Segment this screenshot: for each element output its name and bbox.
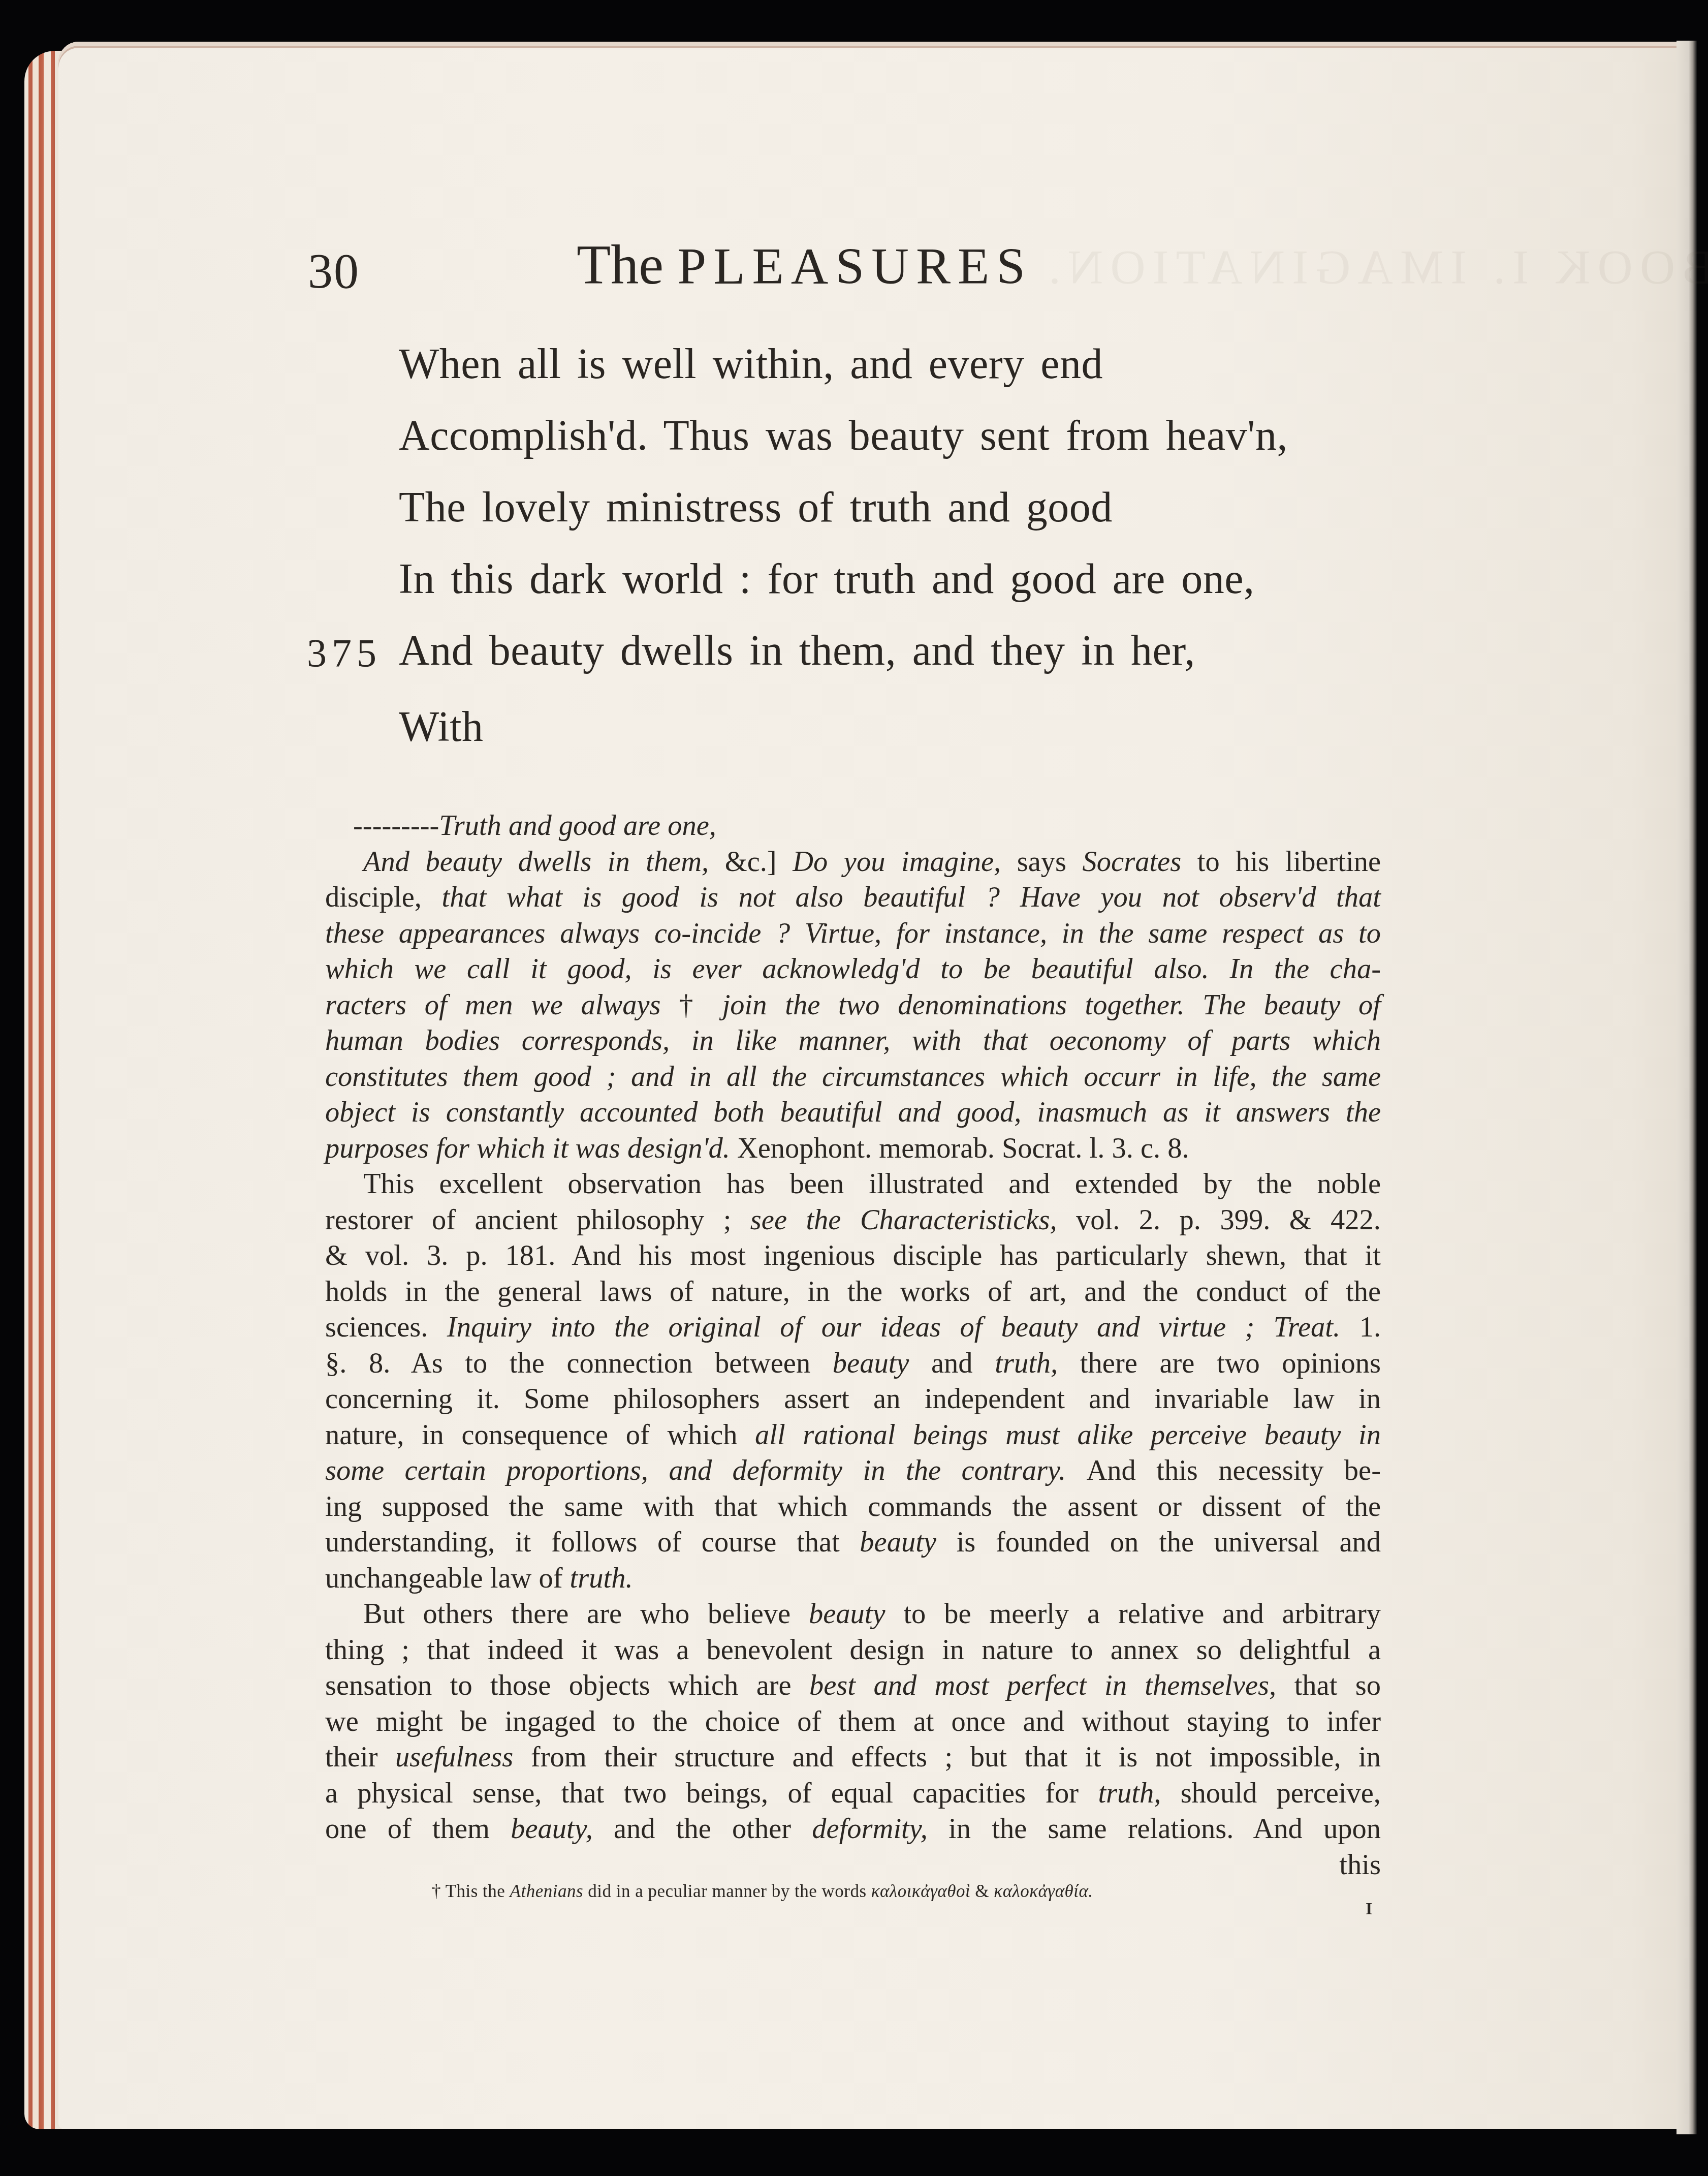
footnote-greek-1: καλοικἀγαθοὶ [871,1881,970,1901]
note-roman-text: should perceive, [1181,1778,1381,1809]
book-gutter [1677,41,1697,2134]
note-italic-text: purposes for which it was design'd. [325,1133,737,1164]
note-roman-text: in the same relations. And upon [948,1813,1381,1845]
note-roman-text: there are two opinions [1080,1348,1381,1379]
note-italic-text: some certain proportions, and deformity … [325,1455,1086,1486]
note-italic-text: object is constantly accounted both beau… [325,1097,1381,1128]
note-line: purposes for which it was design'd. Xeno… [325,1131,1381,1167]
note-line: racters of men we always † join the two … [325,987,1381,1023]
note-italic-text: constitutes them good ; and in all the c… [325,1061,1381,1093]
note-roman-text: and the other [614,1813,812,1845]
note-roman-text: This excellent observation has been illu… [363,1168,1381,1200]
note-line: thing ; that indeed it was a benevolent … [325,1632,1381,1668]
note-italic-text: And beauty dwells in them, [363,846,725,878]
note-roman-text: & vol. 3. p. 181. And his most ingenious… [325,1240,1381,1271]
note-italic-text: deformity, [812,1813,948,1845]
note-line: But others there are who believe beauty … [325,1596,1381,1632]
note-roman-text: from their structure and effects ; but t… [531,1742,1381,1773]
show-through-ghost-text: BOOK I. IMAGINATION. [1041,239,1708,295]
note-roman-text: sensation to those objects which are [325,1670,809,1701]
note-roman-text: and [931,1348,995,1379]
note-roman-text: to be meerly a relative and arbitrary [903,1598,1381,1630]
note-line: these appearances always co-incide ? Vir… [325,916,1381,952]
running-head-title: PLEASURES [678,238,1032,295]
note-roman-text: §. 8. As to the connection between [325,1348,833,1379]
note-roman-text: disciple, [325,882,441,913]
note-line: which we call it good, is ever acknowled… [325,951,1381,987]
note-italic-text: beauty [809,1598,903,1630]
verse-line: When all is well within, and every end [399,339,1103,389]
note-line: ing supposed the same with that which co… [325,1489,1381,1525]
footnote: † This the Athenians did in a peculiar m… [432,1881,1093,1902]
note-italic-text: all rational beings must alike perceive … [755,1419,1381,1451]
note-italic-text: Do you imagine, [793,846,1017,878]
footnote-italic-athenians: Athenians [510,1881,583,1901]
note-line: a physical sense, that two beings, of eq… [325,1776,1381,1812]
note-line: restorer of ancient philosophy ; see the… [325,1202,1381,1238]
running-head-article: The [577,234,663,296]
note-roman-text: a physical sense, that two beings, of eq… [325,1778,1098,1809]
note-line: constitutes them good ; and in all the c… [325,1059,1381,1095]
note-italic-text: racters of men we always [325,989,679,1021]
note-roman-text: unchangeable law of [325,1563,570,1594]
note-italic-text: human bodies corresponds, in like manner… [325,1025,1381,1056]
note-italic-text: best and most perfect in themselves, [809,1670,1294,1701]
note-line: understanding, it follows of course that… [325,1525,1381,1561]
note-line: §. 8. As to the connection between beaut… [325,1346,1381,1382]
note-italic-text: join the two denominations together. The… [722,989,1381,1021]
note-line: object is constantly accounted both beau… [325,1095,1381,1131]
note-italic-text: beauty [860,1527,956,1558]
note-roman-text: Xenophont. memorab. Socrat. l. 3. c. 8. [737,1133,1189,1164]
note-lines: And beauty dwells in them, &c.] Do you i… [325,844,1381,1847]
note-roman-text: 1. [1359,1312,1381,1343]
note-italic-text: that what is good is not also beautiful … [441,882,1381,913]
footnote-text-2: did in a peculiar manner by the words [583,1881,871,1901]
footnote-greek-2: καλοκἀγαθία. [994,1881,1093,1901]
footnote-ampersand: & [970,1881,994,1901]
note-italic-text: which we call it good, is ever acknowled… [325,953,1381,985]
verse-line: Accomplish'd. Thus was beauty sent from … [399,411,1288,460]
note-roman-text: † [679,989,722,1021]
note-italic-text: beauty, [511,1813,614,1845]
note-line: concerning it. Some philosophers assert … [325,1381,1381,1417]
verse-line: In this dark world : for truth and good … [399,554,1255,604]
note-italic-text: Inquiry into the original of our ideas o… [447,1312,1359,1343]
note-italic-text: truth, [1098,1778,1180,1809]
note-line: This excellent observation has been illu… [325,1166,1381,1202]
note-italic-text: beauty [833,1348,931,1379]
note-roman-text: ing supposed the same with that which co… [325,1491,1381,1522]
page-number: 30 [308,243,360,300]
note-italic-text: usefulness [395,1742,531,1773]
note-roman-text: to his libertine [1197,846,1381,878]
note-italic-text: Socrates [1083,846,1197,878]
note-roman-text: But others there are who believe [363,1598,809,1630]
verse-line: The lovely ministress of truth and good [399,483,1113,532]
note-italic-text: these appearances always co-incide ? Vir… [325,918,1381,949]
verse-line: And beauty dwells in them, and they in h… [399,626,1195,675]
note-italic-text: truth. [570,1563,633,1594]
note-line: unchangeable law of truth. [325,1561,1381,1597]
note-roman-text: thing ; that indeed it was a benevolent … [325,1634,1381,1666]
note-line: sciences. Inquiry into the original of o… [325,1310,1381,1346]
verse-catchword: With [399,702,1379,752]
note-line: their usefulness from their structure an… [325,1739,1381,1776]
note-italic-text: truth, [995,1348,1080,1379]
note-line: one of them beauty, and the other deform… [325,1811,1381,1847]
note-roman-text: restorer of ancient philosophy ; [325,1204,750,1236]
note-roman-text: is founded on the universal and [957,1527,1381,1558]
note-roman-text: that so [1294,1670,1381,1701]
verse-line-number: 375 [307,630,382,676]
running-head: The PLEASURES [577,233,1032,297]
note-roman-text: we might be ingaged to the choice of the… [325,1706,1381,1737]
note-roman-text: one of them [325,1813,511,1845]
notes-catchword: this [325,1847,1381,1883]
note-italic-text: see the Characteristicks, [750,1204,1076,1236]
note-line: sensation to those objects which are bes… [325,1668,1381,1704]
note-roman-text: vol. 2. p. 399. & 422. [1076,1204,1381,1236]
note-roman-text: sciences. [325,1312,447,1343]
note-line: some certain proportions, and deformity … [325,1453,1381,1489]
note-roman-text: their [325,1742,395,1773]
note-line: & vol. 3. p. 181. And his most ingenious… [325,1238,1381,1274]
note-roman-text: nature, in consequence of which [325,1419,755,1451]
footnote-text: This the [446,1881,510,1901]
note-roman-text: And this necessity be- [1086,1455,1381,1486]
note-line: nature, in consequence of which all rati… [325,1417,1381,1453]
note-line: we might be ingaged to the choice of the… [325,1704,1381,1740]
footnote-dagger-mark: † [432,1881,441,1901]
note-line: disciple, that what is good is not also … [325,880,1381,916]
note-roman-text: holds in the general laws of nature, in … [325,1276,1381,1308]
note-roman-text: says [1017,846,1083,878]
note-lemma: ---------Truth and good are one, [325,808,1381,844]
note-roman-text: understanding, it follows of course that [325,1527,860,1558]
signature-mark: I [1366,1900,1372,1919]
note-line: human bodies corresponds, in like manner… [325,1023,1381,1059]
note-roman-text: concerning it. Some philosophers assert … [325,1383,1381,1415]
commentary-notes: ---------Truth and good are one, And bea… [325,808,1381,1883]
note-roman-text: &c.] [725,846,793,878]
note-line: And beauty dwells in them, &c.] Do you i… [325,844,1381,880]
note-line: holds in the general laws of nature, in … [325,1274,1381,1310]
